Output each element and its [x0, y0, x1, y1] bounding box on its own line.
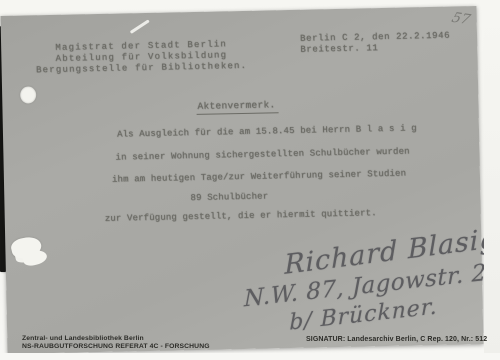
memo-title: Aktenvermerk.: [162, 99, 312, 113]
body-line-3: ihm am heutigen Tage/zur Weiterführung s…: [112, 169, 406, 185]
scan-bottom-margin: [0, 353, 500, 360]
street-line: Breitestr. 11: [300, 42, 450, 56]
punch-hole: [20, 86, 36, 103]
scratch-mark: [130, 19, 150, 34]
scan-right-margin: [484, 0, 500, 360]
scanned-document-view: Magistrat der Stadt Berlin Abteilung für…: [0, 0, 500, 360]
paper-tear-mark: [9, 234, 43, 260]
body-line-1: Als Ausgleich für die am 15.8.45 bei Her…: [117, 123, 417, 139]
body-line-4-book-count: 89 Schulbücher: [114, 190, 344, 205]
date-block: Berlin C 2, den 22.2.1946 Breitestr. 11: [300, 31, 450, 56]
archive-caption-left: Zentral- und Landesbibliothek Berlin NS-…: [22, 335, 210, 350]
body-line-2: in seiner Wohnung sichergestellten Schul…: [115, 146, 409, 162]
memo-title-text: Aktenvermerk.: [196, 99, 278, 114]
body-line-5: zur Verfügung gestellt, die er hiermit q…: [105, 208, 377, 224]
archive-department: NS-RAUBGUTFORSCHUNG REFERAT 4C - FORSCHU…: [22, 343, 210, 351]
letterhead: Magistrat der Stadt Berlin Abteilung für…: [31, 39, 252, 77]
archive-institution: Zentral- und Landesbibliothek Berlin: [22, 335, 210, 343]
document-paper: Magistrat der Stadt Berlin Abteilung für…: [1, 6, 484, 354]
archive-caption-signatur: SIGNATUR: Landesarchiv Berlin, C Rep. 12…: [306, 336, 487, 343]
